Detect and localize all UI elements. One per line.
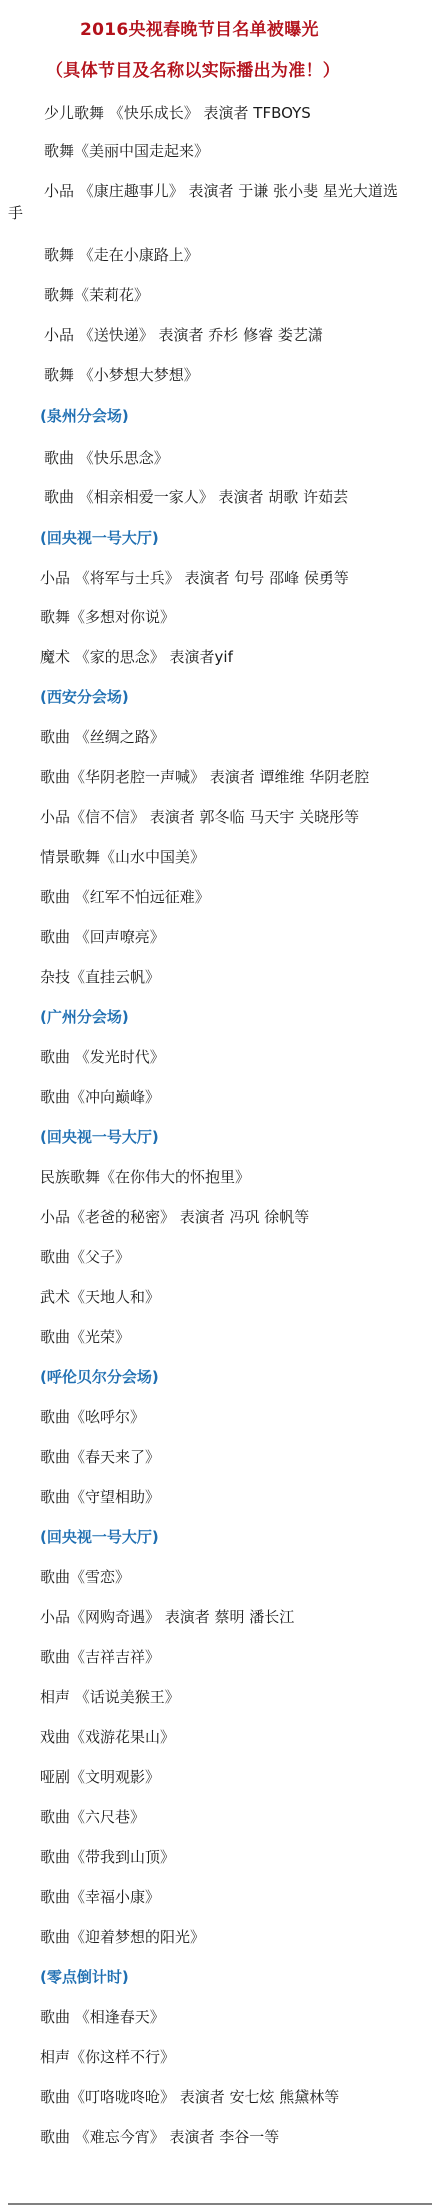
program-item: 小品 《康庄趣事儿》 表演者 于谦 张小斐 星光大道选 <box>44 181 398 201</box>
program-item: 魔术 《家的思念》 表演者yif <box>40 647 233 667</box>
program-item: 武术《天地人和》 <box>40 1287 160 1307</box>
section-header: (广州分会场) <box>40 1007 129 1027</box>
program-item: 歌曲 《难忘今宵》 表演者 李谷一等 <box>40 2127 279 2147</box>
program-item: 歌曲《冲向巅峰》 <box>40 1087 160 1107</box>
program-item: 小品《信不信》 表演者 郭冬临 马天宇 关晓彤等 <box>40 807 359 827</box>
section-header: (西安分会场) <box>40 687 129 707</box>
program-item: 歌曲《六尺巷》 <box>40 1807 145 1827</box>
program-item: 小品 《将军与士兵》 表演者 句号 邵峰 侯勇等 <box>40 568 349 588</box>
program-item: 歌曲《吉祥吉祥》 <box>40 1647 160 1667</box>
program-item: 歌舞《多想对你说》 <box>40 607 175 627</box>
program-item: 歌舞 《小梦想大梦想》 <box>44 365 199 385</box>
section-header: (回央视一号大厅) <box>40 528 159 548</box>
program-item: 歌曲 《丝绸之路》 <box>40 727 165 747</box>
program-item: 歌曲 《回声嘹亮》 <box>40 927 165 947</box>
program-item: 歌曲 《相亲相爱一家人》 表演者 胡歌 许茹芸 <box>44 487 348 507</box>
program-item: 歌曲 《快乐思念》 <box>44 448 169 468</box>
program-item: 手 <box>8 203 23 223</box>
program-item: 歌曲《带我到山顶》 <box>40 1847 175 1867</box>
program-item: 相声《你这样不行》 <box>40 2047 175 2067</box>
program-item: 小品 《送快递》 表演者 乔杉 修睿 娄艺潇 <box>44 325 323 345</box>
program-item: 杂技《直挂云帆》 <box>40 967 160 987</box>
program-item: 歌曲《父子》 <box>40 1247 130 1267</box>
program-item: 少儿歌舞 《快乐成长》 表演者 TFBOYS <box>44 103 311 123</box>
program-item: 民族歌舞《在你伟大的怀抱里》 <box>40 1167 250 1187</box>
program-item: 歌舞 《走在小康路上》 <box>44 245 199 265</box>
program-item: 歌曲《华阴老腔一声喊》 表演者 谭维维 华阴老腔 <box>40 767 369 787</box>
program-item: 歌舞《美丽中国走起来》 <box>44 141 209 161</box>
program-item: 相声 《话说美猴王》 <box>40 1687 180 1707</box>
section-header: (零点倒计时) <box>40 1967 129 1987</box>
program-item: 歌曲《光荣》 <box>40 1327 130 1347</box>
program-item: 歌曲《春天来了》 <box>40 1447 160 1467</box>
page-title: 2016央视春晚节目名单被曝光 <box>80 20 319 40</box>
program-item: 小品《老爸的秘密》 表演者 冯巩 徐帆等 <box>40 1207 309 1227</box>
section-header: (回央视一号大厅) <box>40 1127 159 1147</box>
program-item: 戏曲《戏游花果山》 <box>40 1727 175 1747</box>
program-item: 歌曲《守望相助》 <box>40 1487 160 1507</box>
bottom-divider <box>8 2203 432 2205</box>
section-header: (呼伦贝尔分会场) <box>40 1367 159 1387</box>
page-subtitle: （具体节目及名称以实际播出为准！） <box>46 61 340 81</box>
program-item: 小品《网购奇遇》 表演者 蔡明 潘长江 <box>40 1607 294 1627</box>
program-item: 歌曲 《红军不怕远征难》 <box>40 887 210 907</box>
program-item: 歌曲 《相逢春天》 <box>40 2007 165 2027</box>
program-item: 歌曲《迎着梦想的阳光》 <box>40 1927 205 1947</box>
section-header: (泉州分会场) <box>40 406 129 426</box>
program-item: 哑剧《文明观影》 <box>40 1767 160 1787</box>
program-item: 歌曲《幸福小康》 <box>40 1887 160 1907</box>
program-item: 歌曲 《发光时代》 <box>40 1047 165 1067</box>
program-item: 歌曲《叮咯咙咚呛》 表演者 安七炫 熊黛林等 <box>40 2087 339 2107</box>
program-item: 歌舞《茉莉花》 <box>44 285 149 305</box>
program-item: 情景歌舞《山水中国美》 <box>40 847 205 867</box>
section-header: (回央视一号大厅) <box>40 1527 159 1547</box>
program-item: 歌曲《吆呼尔》 <box>40 1407 145 1427</box>
program-item: 歌曲《雪恋》 <box>40 1567 130 1587</box>
